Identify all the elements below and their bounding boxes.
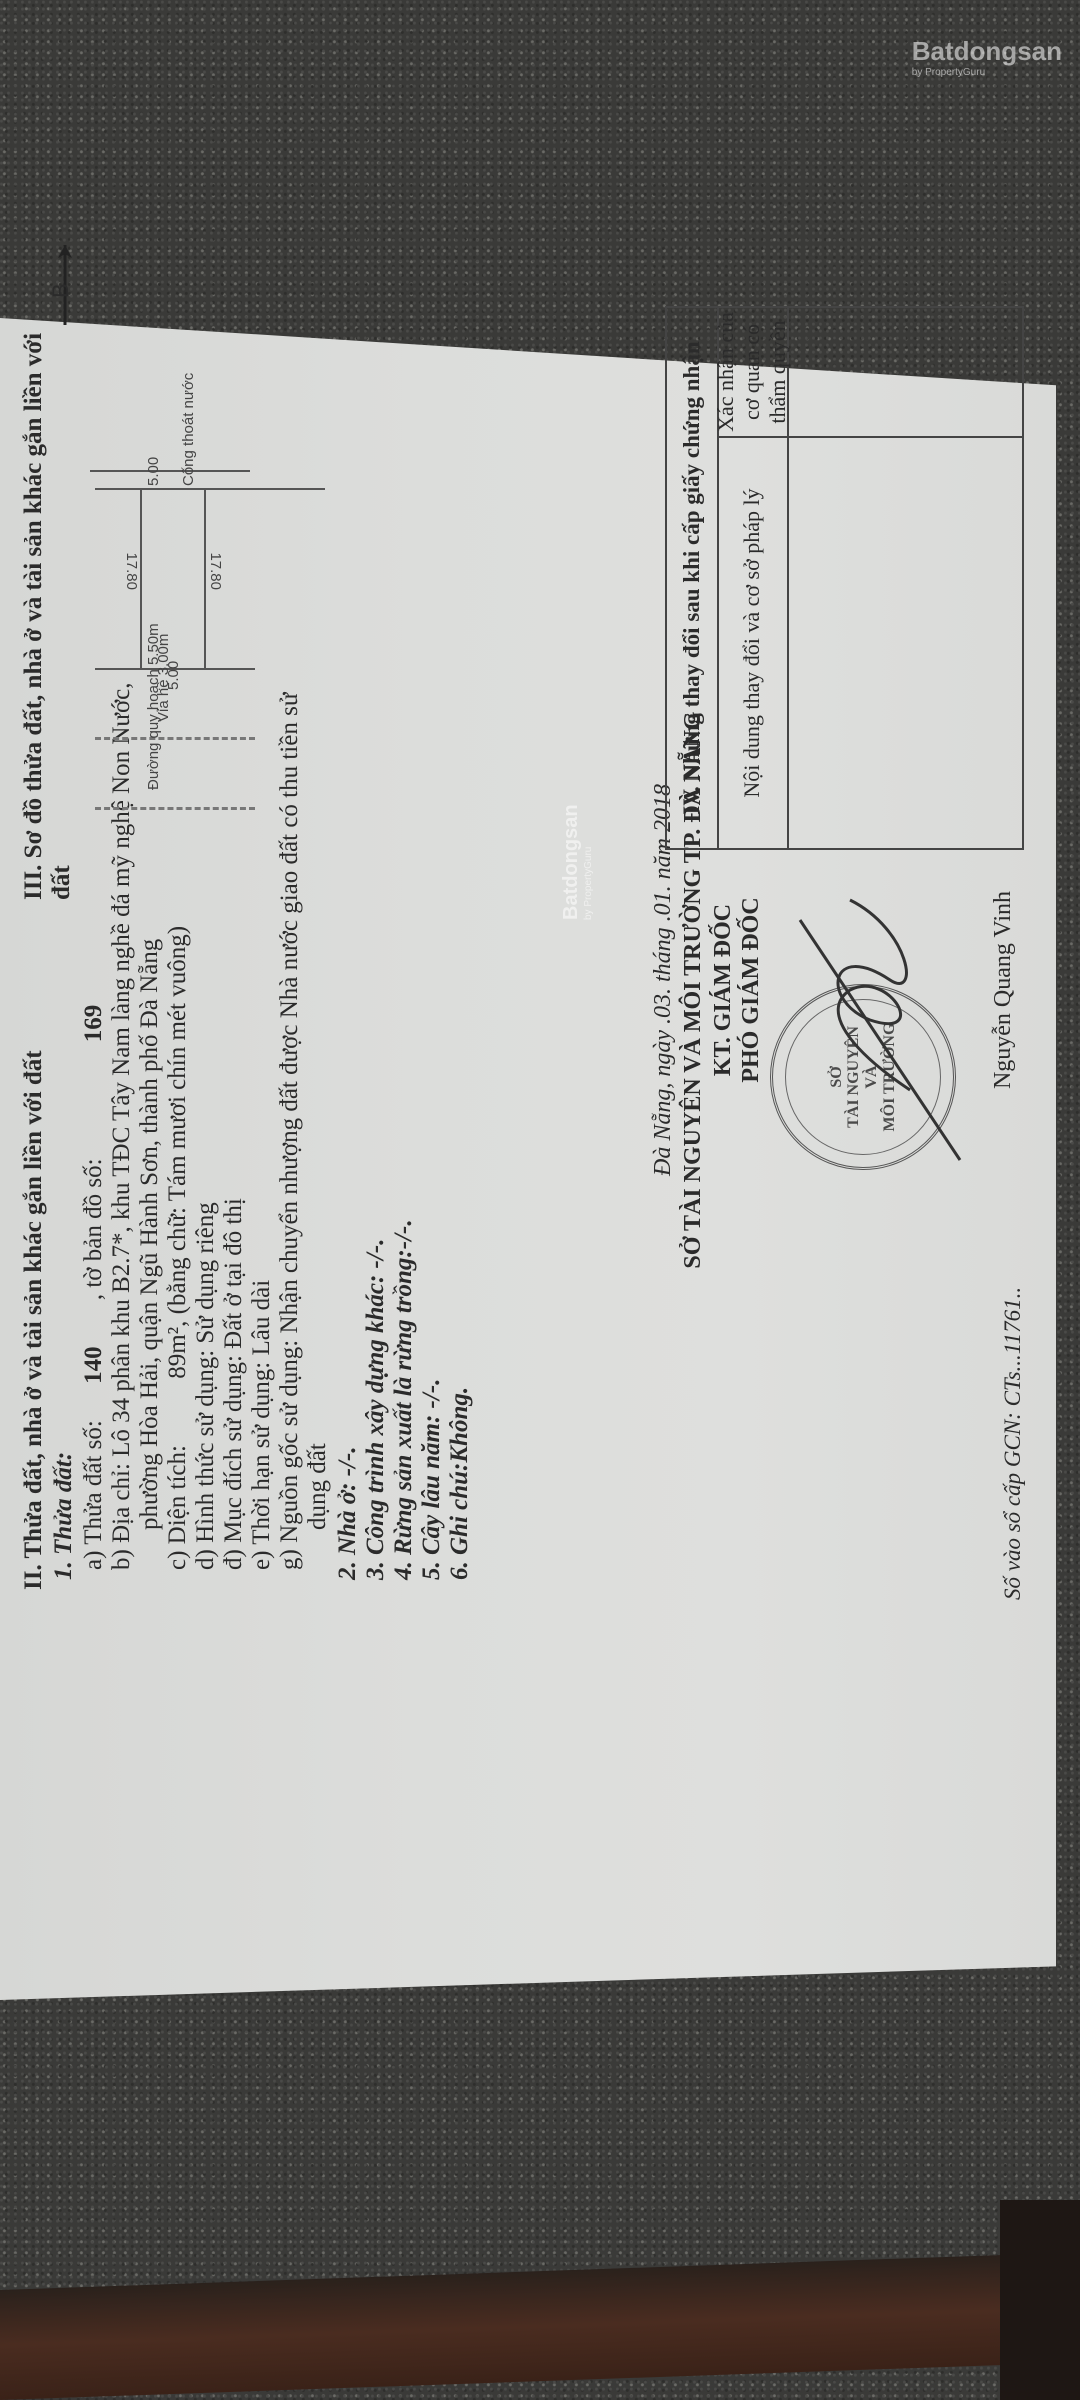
area-line: c) Diện tích: 89m², (bằng chữ: Tám mươi … [164, 926, 192, 1570]
parcel-side-1 [140, 490, 142, 670]
changes-column: Nội dung thay đổi và cơ sở pháp lý [717, 436, 1022, 848]
label-drain: Cống thoát nước [180, 373, 197, 486]
certificate-page-rotated: II. Thửa đất, nhà ở và tài sản khác gắn … [0, 330, 1056, 2000]
usage-origin-2: dụng đất [304, 1443, 332, 1530]
usage-purpose: đ) Mục đích sử dụng: Đất ở tại đô thị [220, 1198, 248, 1570]
column-header-changes: Nội dung thay đổi và cơ sở pháp lý [717, 438, 789, 848]
table-corner-background [1000, 2200, 1080, 2400]
item-perennial: 5. Cây lâu năm: -/-. [418, 1379, 446, 1580]
table-edge-background [0, 2252, 1080, 2400]
usage-origin-1: g) Nguồn gốc sử dụng: Nhận chuyển nhượng… [276, 693, 304, 1570]
label-road: Đường quy hoạch 5.50m [145, 623, 162, 790]
item-note: 6. Ghi chú:Không. [446, 1387, 474, 1580]
section-2-title: II. Thửa đất, nhà ở và tài sản khác gắn … [20, 1050, 48, 1590]
changes-table: IV. Những thay đổi sau khi cấp giấy chứn… [665, 306, 1024, 850]
watermark-top-right: Batdongsan by PropertyGuru [912, 36, 1062, 78]
watermark-sub: by PropertyGuru [912, 67, 1062, 78]
parcel-line: a) Thửa đất số: 140 , tờ bản đồ số: 169 [80, 1005, 108, 1570]
watermark-center: Batdongsan by PropertyGuru [560, 804, 594, 920]
dimension-side-bottom: 17.80 [207, 552, 224, 590]
parcel-label: a) Thửa đất số: [80, 1420, 107, 1570]
section-3-title: III. Sơ đồ thửa đất, nhà ở và tài sản kh… [20, 330, 76, 900]
sidewalk-edge [95, 737, 255, 740]
usage-form: d) Hình thức sử dụng: Sử dụng riêng [192, 1202, 220, 1570]
watermark-brand: Batdongsan [912, 36, 1062, 66]
north-label: B [48, 283, 74, 298]
address-line-1: b) Địa chỉ: Lô 34 phân khu B2.7*, khu TĐ… [108, 682, 136, 1570]
drain-line [90, 470, 250, 472]
signer-name: Nguyễn Quang Vinh [990, 790, 1017, 1190]
road-edge [95, 807, 255, 810]
watermark-center-brand: Batdongsan [560, 804, 582, 920]
usage-term: e) Thời hạn sử dụng: Lâu dài [248, 1280, 276, 1570]
parcel-number: 140 [80, 1346, 107, 1384]
confirmation-column: Xác nhận của cơ quan có thẩm quyền [717, 308, 1022, 436]
land-heading: 1. Thửa đất: [50, 1452, 78, 1580]
parcel-back [95, 488, 255, 490]
registry-number: Số vào sổ cấp GCN: CTs...11761.. [1000, 1287, 1026, 1600]
item-forest: 4. Rừng sản xuất là rừng trồng:-/-. [390, 1219, 418, 1580]
area-value: 89m², (bằng chữ: Tám mươi chín mét vuông… [164, 926, 191, 1379]
sheet-number: 169 [80, 1005, 107, 1043]
parcel-diagram: 17.80 17.80 5.00 5.00 Cống thoát nước Vỉ… [95, 270, 475, 490]
signer-role-1: KT. GIÁM ĐỐC [710, 790, 737, 1190]
dimension-side-top: 17.80 [123, 552, 140, 590]
column-header-confirmation: Xác nhận của cơ quan có thẩm quyền [717, 308, 789, 436]
handwritten-signature [760, 880, 990, 1180]
watermark-center-sub: by PropertyGuru [583, 804, 594, 920]
parcel-side-2 [204, 490, 206, 670]
item-house: 2. Nhà ở: -/-. [334, 1446, 362, 1580]
address-line-2: phường Hòa Hải, quận Ngũ Hành Sơn, thành… [136, 939, 164, 1530]
item-other-construction: 3. Công trình xây dựng khác: -/-. [362, 1239, 390, 1580]
dimension-back: 5.00 [145, 457, 162, 486]
area-label: c) Diện tích: [164, 1445, 191, 1570]
north-arrow: B [50, 230, 85, 330]
sheet-label: , tờ bản đồ số: [80, 1158, 107, 1300]
section-4-title: IV. Những thay đổi sau khi cấp giấy chứn… [667, 308, 719, 848]
